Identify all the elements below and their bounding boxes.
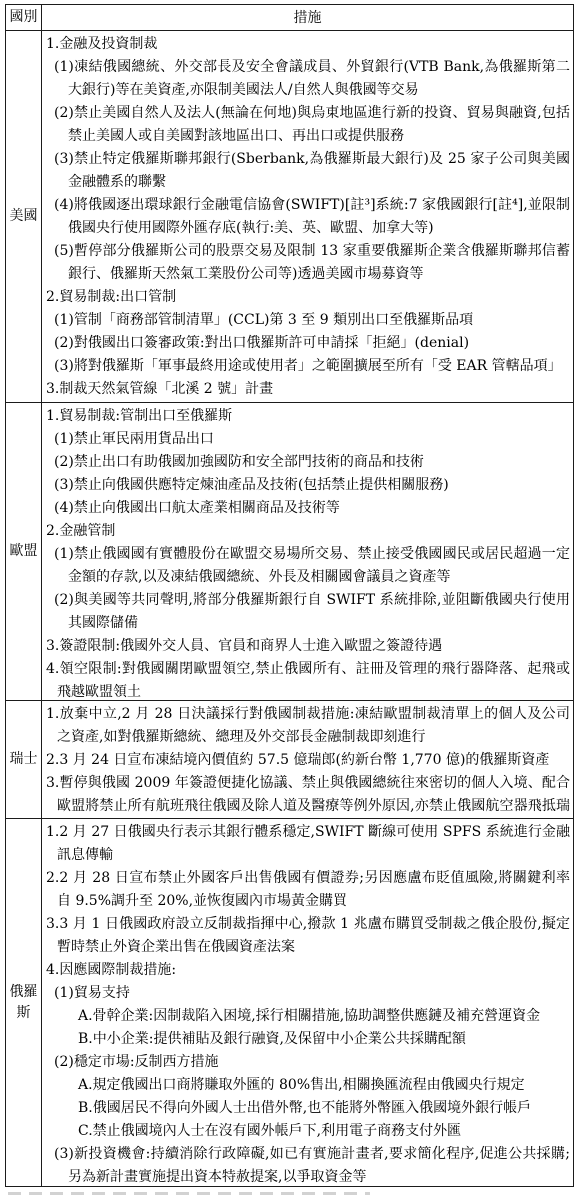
measure-item: B.俄國居民不得向外國人士出借外幣,也不能將外幣匯入俄國境外銀行帳戶 [46, 1097, 570, 1120]
measure-item: 3.簽證限制:俄國外交人員、官員和商界人士進入歐盟之簽證待遇 [46, 635, 570, 658]
measure-item: (1)禁止俄國國有實體股份在歐盟交易場所交易、禁止接受俄國國民或居民超過一定金額… [46, 543, 570, 589]
measures-cell-russia: 1.2 月 27 日俄國央行表示其銀行體系穩定,SWIFT 斷線可使用 SPFS… [42, 819, 573, 1186]
measure-item: 4.領空限制:對俄國關閉歐盟領空,禁止俄國所有、註冊及管理的飛行器降落、起飛或飛… [46, 658, 570, 700]
measure-item: (3)新投資機會:持續消除行政障礙,如已有實施計畫者,要求簡化程序,促進公共採購… [46, 1143, 570, 1186]
measure-item: (1)貿易支持 [46, 982, 570, 1005]
measure-item: 2.金融管制 [46, 520, 570, 543]
measure-item: 1.放棄中立,2 月 28 日決議採行對俄國制裁措施:凍結歐盟制裁清單上的個人及… [46, 703, 570, 749]
measure-item: 3.暫停與俄國 2009 年簽證便捷化協議、禁止與俄國總統往來密切的個人入境、配… [46, 772, 570, 818]
measure-item: A.骨幹企業:因制裁陷入困境,採行相關措施,協助調整供應鏈及補充營運資金 [46, 1005, 570, 1028]
measure-item: (3)將對俄羅斯「軍事最終用途或使用者」之範圍擴展至所有「受 EAR 管轄品項」 [46, 355, 570, 378]
measure-item: A.規定俄國出口商將賺取外匯的 80%售出,相關換匯流程由俄國央行規定 [46, 1074, 570, 1097]
measure-item: 3.制裁天然氣管線「北溪 2 號」計畫 [46, 378, 570, 401]
measure-item: 3.3 月 1 日俄國政府設立反制裁指揮中心,撥款 1 兆盧布購買受制裁之俄企股… [46, 913, 570, 959]
measure-item: 2.2 月 28 日宣布禁止外國客戶出售俄國有價證券;另因應盧布貶值風險,將關鍵… [46, 867, 570, 913]
measure-item: (5)暫停部分俄羅斯公司的股票交易及限制 13 家重要俄羅斯企業含俄羅斯聯邦信蓄… [46, 240, 570, 286]
measure-item: 4.因應國際制裁措施: [46, 959, 570, 982]
country-label-switzerland: 瑞士 [6, 701, 42, 818]
measure-item: (1)凍結俄國總統、外交部長及安全會議成員、外貿銀行(VTB Bank,為俄羅斯… [46, 56, 570, 102]
sanctions-table: 國別 措施 美國 1.金融及投資制裁 (1)凍結俄國總統、外交部長及安全會議成員… [5, 4, 574, 1187]
measure-item: (4)將俄國逐出環球銀行金融電信協會(SWIFT)[註³]系統:7 家俄國銀行[… [46, 194, 570, 240]
table-row-usa: 美國 1.金融及投資制裁 (1)凍結俄國總統、外交部長及安全會議成員、外貿銀行(… [6, 31, 573, 403]
measure-item: 2.3 月 24 日宣布凍結境內價值約 57.5 億瑞郎(約新台幣 1,770 … [46, 749, 570, 772]
measure-item: B.中小企業:提供補貼及銀行融資,及保留中小企業公共採購配額 [46, 1028, 570, 1051]
measures-cell-switzerland: 1.放棄中立,2 月 28 日決議採行對俄國制裁措施:凍結歐盟制裁清單上的個人及… [42, 701, 573, 818]
country-label-usa: 美國 [6, 31, 42, 402]
measures-cell-eu: 1.貿易制裁:管制出口至俄羅斯 (1)禁止軍民兩用貨品出口 (2)禁止出口有助俄… [42, 403, 573, 700]
table-row-switzerland: 瑞士 1.放棄中立,2 月 28 日決議採行對俄國制裁措施:凍結歐盟制裁清單上的… [6, 701, 573, 819]
header-cell-measures: 措施 [42, 5, 573, 30]
measure-item: 2.貿易制裁:出口管制 [46, 286, 570, 309]
country-label-russia: 俄羅斯 [6, 819, 42, 1186]
country-label-eu: 歐盟 [6, 403, 42, 700]
table-header-row: 國別 措施 [6, 5, 573, 31]
header-cell-country: 國別 [6, 5, 42, 30]
measure-item: (2)禁止出口有助俄國加強國防和安全部門技術的商品和技術 [46, 451, 570, 474]
measure-item: (2)穩定市場:反制西方措施 [46, 1051, 570, 1074]
measure-item: (2)與美國等共同聲明,將部分俄羅斯銀行自 SWIFT 系統排除,並阻斷俄國央行… [46, 589, 570, 635]
measure-item: (3)禁止特定俄羅斯聯邦銀行(Sberbank,為俄羅斯最大銀行)及 25 家子… [46, 148, 570, 194]
clipped-text-fragment [8, 1192, 370, 1195]
measure-item: 1.貿易制裁:管制出口至俄羅斯 [46, 405, 570, 428]
measure-item: 1.金融及投資制裁 [46, 33, 570, 56]
measure-item: (1)管制「商務部管制清單」(CCL)第 3 至 9 類別出口至俄羅斯品項 [46, 309, 570, 332]
measure-item: (2)禁止美國自然人及法人(無論在何地)與烏東地區進行新的投資、貿易與融資,包括… [46, 102, 570, 148]
measure-item: (4)禁止向俄國出口航太產業相關商品及技術等 [46, 497, 570, 520]
measure-item: C.禁止俄國境內人士在沒有國外帳戶下,利用電子商務支付外匯 [46, 1120, 570, 1143]
table-row-russia: 俄羅斯 1.2 月 27 日俄國央行表示其銀行體系穩定,SWIFT 斷線可使用 … [6, 819, 573, 1186]
measures-cell-usa: 1.金融及投資制裁 (1)凍結俄國總統、外交部長及安全會議成員、外貿銀行(VTB… [42, 31, 573, 402]
measure-item: 1.2 月 27 日俄國央行表示其銀行體系穩定,SWIFT 斷線可使用 SPFS… [46, 821, 570, 867]
measure-item: (3)禁止向俄國供應特定煉油產品及技術(包括禁止提供相關服務) [46, 474, 570, 497]
table-row-eu: 歐盟 1.貿易制裁:管制出口至俄羅斯 (1)禁止軍民兩用貨品出口 (2)禁止出口… [6, 403, 573, 701]
measure-item: (1)禁止軍民兩用貨品出口 [46, 428, 570, 451]
measure-item: (2)對俄國出口簽審政策:對出口俄羅斯許可申請採「拒絕」(denial) [46, 332, 570, 355]
